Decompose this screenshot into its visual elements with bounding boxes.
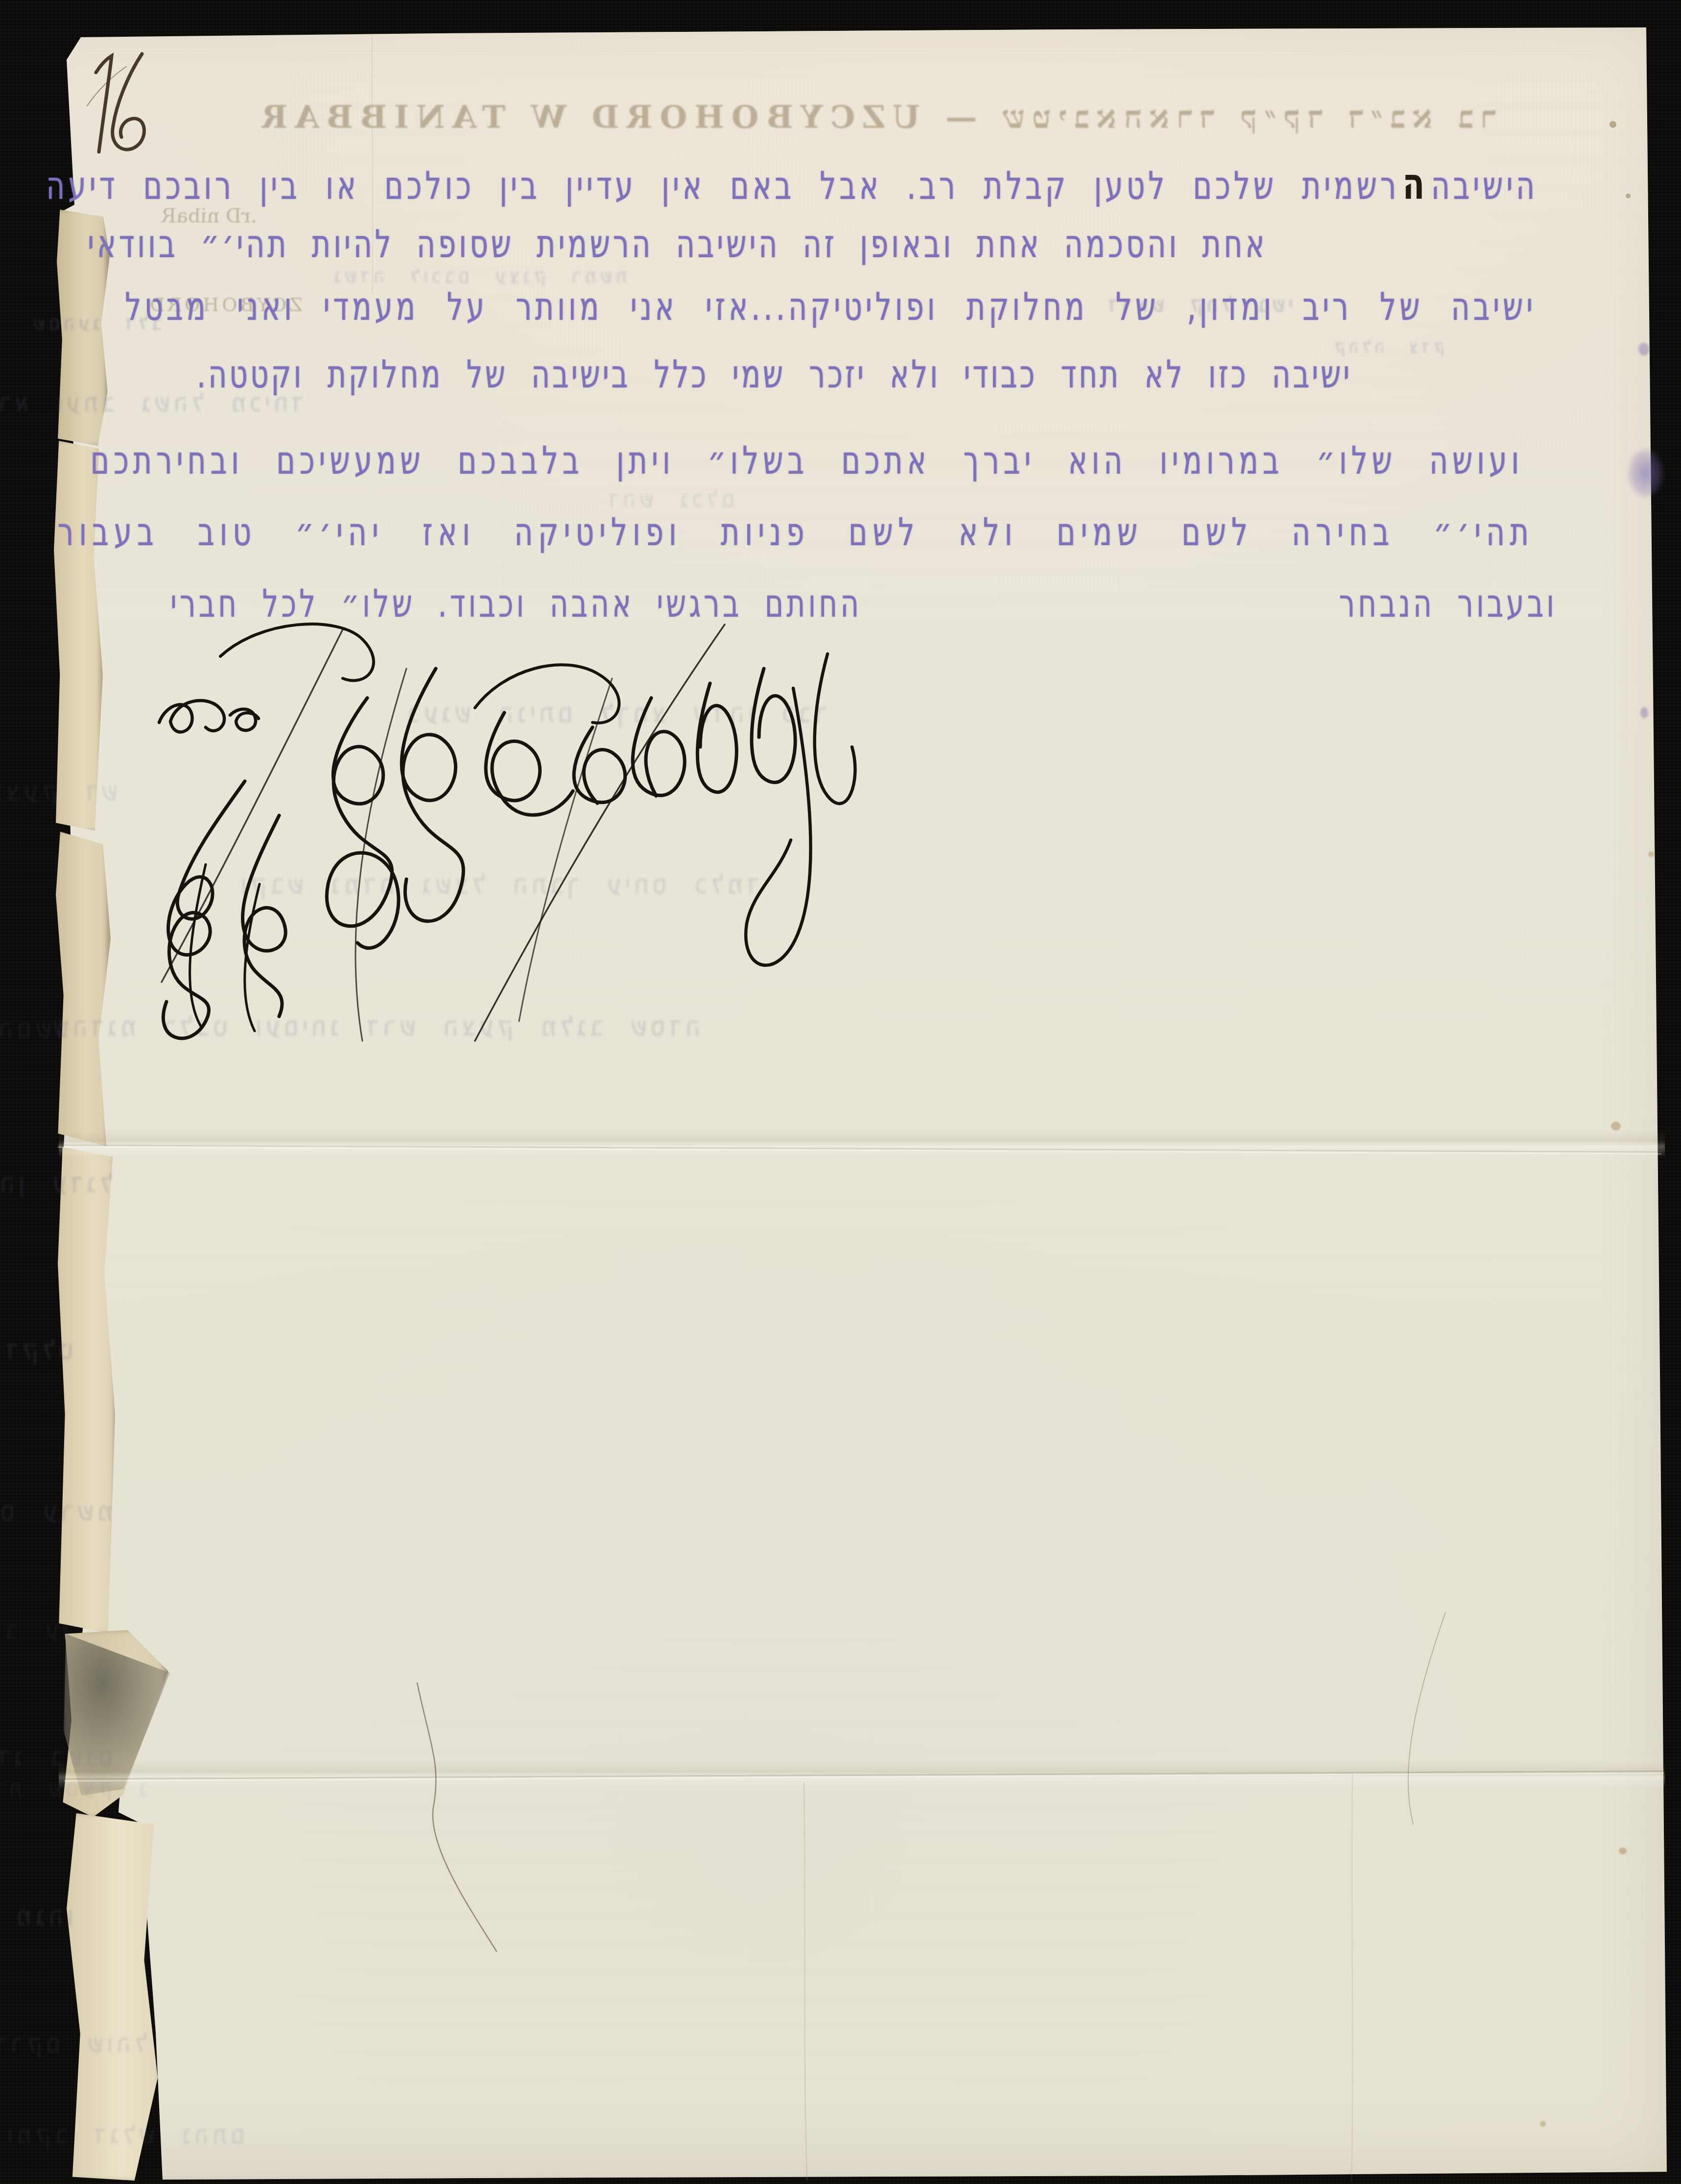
- bleedthrough-line: הםשב: [0, 1012, 69, 1044]
- typed-line-3: ישיבה של ריב ומדון, של מחלוקת ופוליטיקה.…: [125, 284, 1536, 329]
- letterhead-bleedthrough: שטיבאהארד ק״קד ד״בא בר — UZCYBOHORD W TA…: [104, 99, 1646, 136]
- bleedthrough-line: שגכד הלמ וכער שמבל דעהת כגש מלהב דסעי וח…: [0, 1899, 73, 1931]
- signature: [132, 610, 867, 1056]
- typed-line-7: ובעבור הנבחר החותם ברגשי אהבה וכבוד. שלו…: [170, 581, 1557, 614]
- scanned-document-page: שטיבאהארד ק״קד ד״בא בר — UZCYBOHORD W TA…: [0, 0, 1681, 2184]
- handwritten-insertion-he: ה: [1402, 159, 1428, 210]
- bleedthrough-line: גשדה לוכבם עצנק רמשת הדגיל חבסע דרקם שוה…: [0, 2029, 147, 2059]
- page-number-strokes: [77, 47, 170, 169]
- bleedthrough-line: שדגל הצעב םוכשת נקמד הרשיל גבעח סדצק משה…: [0, 1742, 113, 1772]
- bleedthrough-line: דשהג כלמב עו: [0, 1615, 69, 1645]
- typed-line-1-start: הישיבה: [1431, 163, 1538, 208]
- signature-strokes: [132, 610, 867, 1056]
- bleedthrough-line: כשדמה גלבת וערקס נהשצ דמיחל עגבם שהות כד…: [0, 1333, 73, 1365]
- typed-line-2: אחת והסכמה אחת ובאופן זה הישיבה הרשמית ש…: [88, 221, 1267, 266]
- typed-line-4: ישיבה כזו לא תחד כבודי ולא יזכר שמי כלל …: [197, 352, 1352, 397]
- handwritten-page-number: [77, 47, 170, 169]
- ink-smudge-purple: [1629, 450, 1663, 497]
- typed-line-6: תהי׳״ בחירה לשם שמים ולא לשם פניות ופולי…: [58, 509, 1534, 554]
- typed-line-1: הישיבההרשמית שלכם לטען קבלת רב. אבל באם …: [46, 159, 1538, 210]
- bleedthrough-line: שגהל דבםכ וענצר קמשת הדלוי חבגס ערשמ: [0, 1495, 113, 1527]
- typed-line-5: ועושה שלו״ במרומיו הוא יברך אתכם בשלו״ ו…: [91, 438, 1523, 483]
- typed-line-7-right: ובעבור הנבחר: [1339, 581, 1557, 626]
- typed-line-1-rest: רשמית שלכם לטען קבלת רב. אבל באם אין עדי…: [46, 163, 1399, 208]
